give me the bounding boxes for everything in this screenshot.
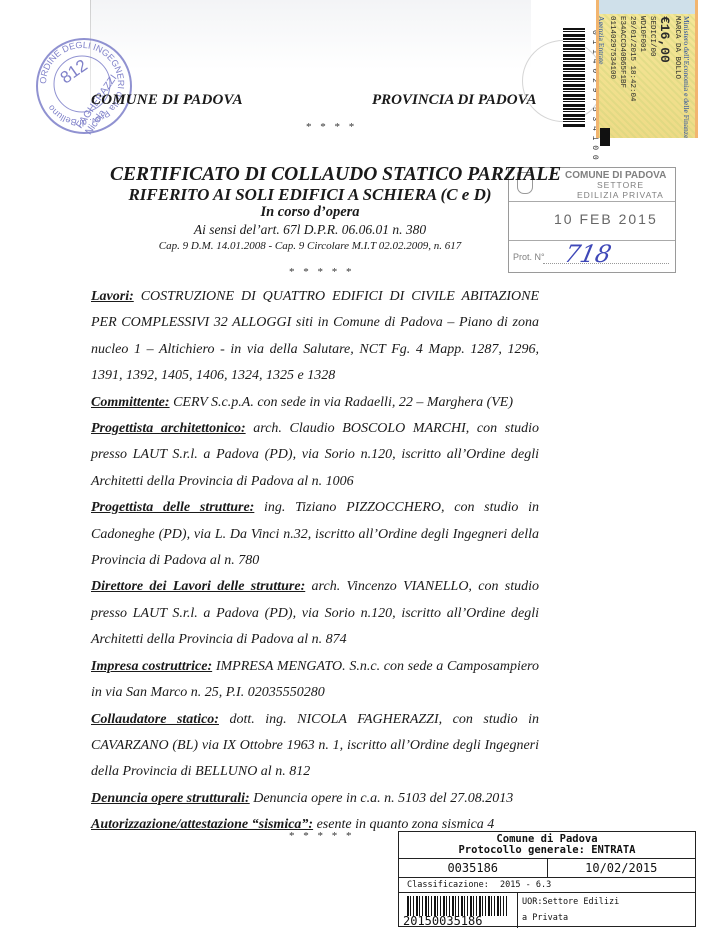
protocol-header: Comune di Padova Protocollo generale: EN… <box>399 832 695 859</box>
section-label: Progettista delle strutture: <box>91 500 254 515</box>
section-label: Direttore dei Lavori delle strutture: <box>91 579 305 594</box>
ed-stamp-edilizia: EDILIZIA PRIVATA <box>577 190 664 200</box>
section-denuncia: Denuncia opere strutturali: Denuncia ope… <box>91 786 539 812</box>
revenue-code: SEDICI/00 <box>647 16 656 136</box>
revenue-agency: Agenzia Entrate <box>597 16 606 136</box>
section-direttore-lavori: Direttore dei Lavori delle strutture: ar… <box>91 574 539 653</box>
classification-label: Classificazione: <box>407 880 489 890</box>
section-collaudatore: Collaudatore statico: dott. ing. NICOLA … <box>91 707 539 786</box>
revenue-type: MARCA DA BOLLO <box>672 16 681 136</box>
protocol-classification: Classificazione: 2015 - 6.3 <box>399 878 695 893</box>
section-text: Denuncia opere in c.a. n. 5103 del 27.08… <box>253 791 513 806</box>
revenue-value: €16,00 <box>657 16 671 136</box>
ed-stamp-date: 10 FEB 2015 <box>554 211 658 227</box>
header-provincia: PROVINCIA DI PADOVA <box>372 92 536 109</box>
revenue-line: WD10F001 <box>637 16 646 136</box>
separator-stars: * * * * * <box>289 266 355 278</box>
section-impresa: Impresa costruttrice: IMPRESA MENGATO. S… <box>91 654 539 707</box>
section-label: Collaudatore statico: <box>91 712 219 727</box>
revenue-stamp-band <box>599 0 695 14</box>
separator-stars: * * * * <box>306 121 357 133</box>
title-line-1: CERTIFICATO DI COLLAUDO STATICO PARZIALE <box>110 164 510 185</box>
protocol-bottom-row: 20150035186 UOR:Settore Edilizi a Privat… <box>399 893 695 928</box>
classification-value: 2015 - 6.3 <box>500 880 551 890</box>
section-lavori: Lavori: COSTRUZIONE DI QUATTRO EDIFICI D… <box>91 284 539 390</box>
section-progettista-strutture: Progettista delle strutture: ing. Tizian… <box>91 495 539 574</box>
document-body: Lavori: COSTRUZIONE DI QUATTRO EDIFICI D… <box>91 284 539 839</box>
section-label: Lavori: <box>91 289 134 304</box>
section-label: Progettista architettonico: <box>91 421 246 436</box>
engineers-order-stamp: ORDINE DEGLI INGEGNERI della Prov. di Be… <box>36 38 132 134</box>
protocol-number: 0035186 <box>399 859 548 877</box>
protocol-date: 10/02/2015 <box>548 859 696 877</box>
section-committente: Committente: CERV S.c.p.A. con sede in v… <box>91 390 539 416</box>
barcode-icon <box>407 896 507 916</box>
barcode-text: 20150035186 <box>403 914 482 928</box>
uor-line-2: a Privata <box>522 910 619 926</box>
protocol-type: Protocollo generale: ENTRATA <box>399 845 695 856</box>
title-line-2: RIFERITO AI SOLI EDIFICI A SCHIERA (C e … <box>110 185 510 204</box>
title-line-5: Cap. 9 D.M. 14.01.2008 - Cap. 9 Circolar… <box>110 238 510 254</box>
revenue-line: 29/01/2015 18:42:04 <box>627 16 636 136</box>
header-comune: COMUNE DI PADOVA <box>91 92 243 109</box>
title-line-4: Ai sensi del’art. 67l D.P.R. 06.06.01 n.… <box>110 221 510 238</box>
protocol-uor: UOR:Settore Edilizi a Privata <box>518 893 623 928</box>
section-text: CERV S.c.p.A. con sede in via Radaelli, … <box>173 395 513 410</box>
page-shadow <box>91 0 531 70</box>
revenue-ministry: Ministero dell’Economia e delle Finanze <box>682 16 691 136</box>
ed-stamp-settore: SETTORE <box>597 180 644 190</box>
title-line-3: In corso d’opera <box>110 204 510 221</box>
section-label: Autorizzazione/attestazione “sismica”: <box>91 817 313 832</box>
uor-line-1: UOR:Settore Edilizi <box>522 894 619 910</box>
protocol-number-row: 0035186 10/02/2015 <box>399 859 695 878</box>
section-progettista-architettonico: Progettista architettonico: arch. Claudi… <box>91 416 539 495</box>
ed-stamp-prot-number: 718 <box>562 240 614 268</box>
ed-stamp-prot-label: Prot. N° <box>513 252 545 262</box>
section-label: Impresa costruttrice: <box>91 659 212 674</box>
revenue-stamp: Ministero dell’Economia e delle Finanze … <box>596 0 698 138</box>
revenue-line: 01140297534100 <box>607 16 616 136</box>
protocol-label: Comune di Padova Protocollo generale: EN… <box>398 831 696 927</box>
separator-stars: * * * * * <box>289 830 355 842</box>
protocol-barcode: 20150035186 <box>399 893 518 928</box>
document-title-block: CERTIFICATO DI COLLAUDO STATICO PARZIALE… <box>110 164 510 254</box>
divider <box>509 201 675 202</box>
section-text: COSTRUZIONE DI QUATTRO EDIFICI DI CIVILE… <box>91 289 539 383</box>
section-label: Denuncia opere strutturali: <box>91 791 250 806</box>
section-label: Committente: <box>91 395 170 410</box>
black-marker <box>600 128 610 146</box>
revenue-line: E34ACCD40B65F1BF <box>617 16 626 136</box>
revenue-barcode <box>563 28 585 128</box>
